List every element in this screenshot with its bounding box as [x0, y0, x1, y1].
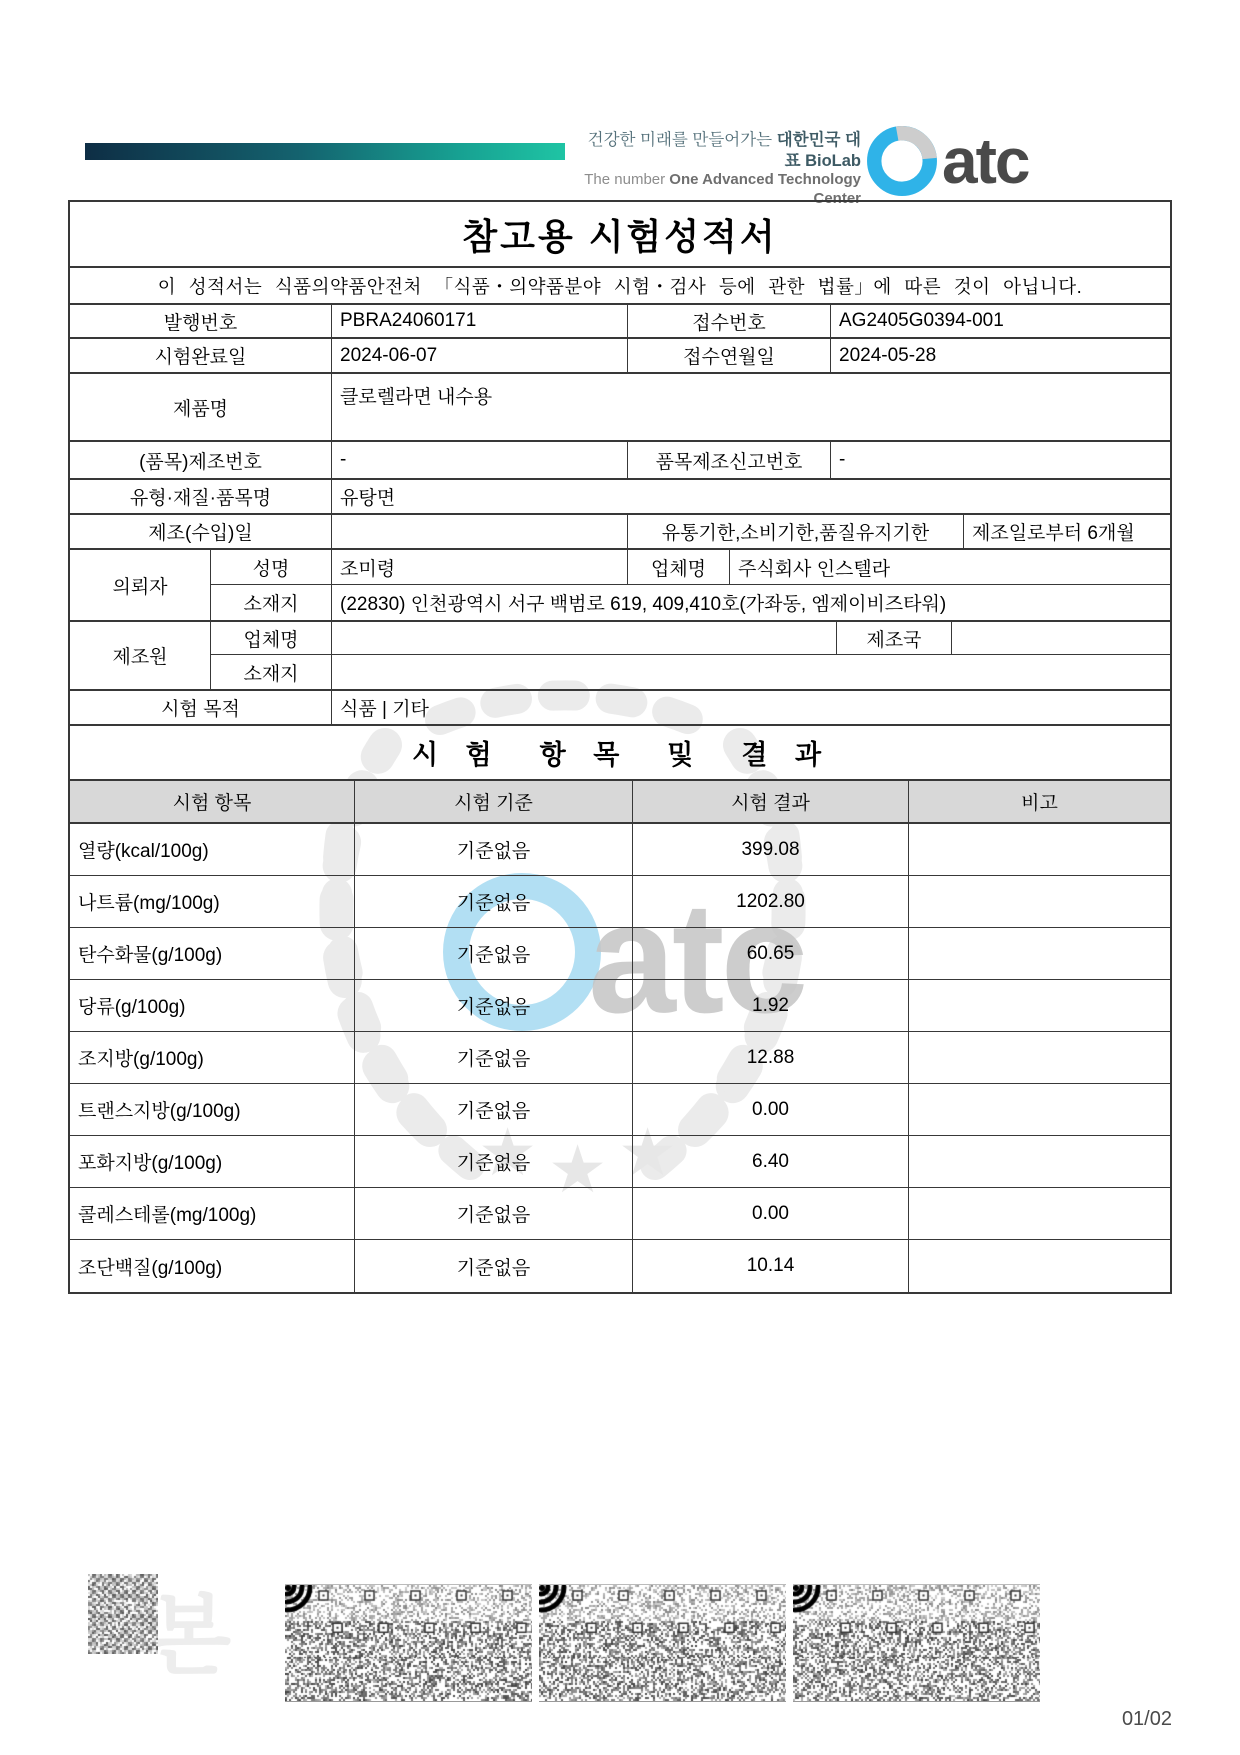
result-standard: 기준없음 — [355, 980, 633, 1031]
result-note — [909, 1240, 1170, 1292]
results-header-item: 시험 항목 — [70, 781, 355, 822]
mfg-date-value — [332, 515, 628, 548]
result-item: 트랜스지방(g/100g) — [70, 1084, 355, 1135]
result-note — [909, 1084, 1170, 1135]
notice-row: 이 성적서는 식품의약품안전처 「식품・의약품분야 시험・검사 등에 관한 법률… — [70, 268, 1170, 305]
maker-group-label: 제조원 — [70, 622, 211, 689]
maker-company-value — [332, 622, 837, 654]
client-name-value: 조미령 — [332, 550, 628, 584]
item-report-no-label: 품목제조신고번호 — [628, 442, 831, 478]
client-group-label: 의뢰자 — [70, 550, 211, 620]
result-item: 탄수화물(g/100g) — [70, 928, 355, 979]
result-standard: 기준없음 — [355, 928, 633, 979]
result-note — [909, 1136, 1170, 1187]
row-purpose: 시험 목적 식품 | 기타 — [70, 691, 1170, 726]
tagline-korean: 건강한 미래를 만들어가는 대한민국 대표 BioLab — [575, 130, 861, 171]
result-standard: 기준없음 — [355, 1136, 633, 1187]
result-note — [909, 1188, 1170, 1239]
result-value: 60.65 — [633, 928, 909, 979]
barcode-1 — [285, 1585, 532, 1701]
result-item: 열량(kcal/100g) — [70, 824, 355, 875]
result-item: 포화지방(g/100g) — [70, 1136, 355, 1187]
type-value: 유탕면 — [332, 480, 1170, 513]
table-row: 콜레스테롤(mg/100g) 기준없음 0.00 — [70, 1188, 1170, 1240]
result-note — [909, 980, 1170, 1031]
issue-no-label: 발행번호 — [70, 305, 332, 337]
maker-row-2: 소재지 — [211, 655, 1170, 689]
purpose-label: 시험 목적 — [70, 691, 332, 724]
expiry-value: 제조일로부터 6개월 — [964, 515, 1170, 548]
table-row: 조단백질(g/100g) 기준없음 10.14 — [70, 1240, 1170, 1292]
results-header-result: 시험 결과 — [633, 781, 909, 822]
result-standard: 기준없음 — [355, 1188, 633, 1239]
client-row-2: 소재지 (22830) 인천광역시 서구 백범로 619, 409,410호(가… — [211, 585, 1170, 620]
row-dates: 시험완료일 2024-06-07 접수연월일 2024-05-28 — [70, 339, 1170, 374]
row-mfg-date: 제조(수입)일 유통기한,소비기한,품질유지기한 제조일로부터 6개월 — [70, 515, 1170, 550]
complete-date-value: 2024-06-07 — [332, 339, 628, 372]
results-header-note: 비고 — [909, 781, 1170, 822]
maker-company-label: 업체명 — [211, 622, 332, 654]
receipt-date-label: 접수연월일 — [628, 339, 831, 372]
atc-logo-ring-icon — [866, 125, 938, 197]
result-value: 0.00 — [633, 1084, 909, 1135]
table-row: 트랜스지방(g/100g) 기준없음 0.00 — [70, 1084, 1170, 1136]
report-table: 참고용 시험성적서 이 성적서는 식품의약품안전처 「식품・의약품분야 시험・검… — [68, 200, 1172, 1294]
lot-label: (품목)제조번호 — [70, 442, 332, 478]
maker-row-1: 업체명 제조국 — [211, 622, 1170, 655]
result-standard: 기준없음 — [355, 1032, 633, 1083]
results-section-title: 시 험 항 목 및 결 과 — [412, 733, 828, 772]
client-row-1: 성명 조미령 업체명 주식회사 인스텔라 — [211, 550, 1170, 585]
stamp-pattern — [88, 1574, 158, 1654]
results-section-row: 시 험 항 목 및 결 과 — [70, 726, 1170, 781]
result-value: 10.14 — [633, 1240, 909, 1292]
product-value: 클로렐라면 내수용 — [332, 374, 1170, 440]
maker-country-value — [952, 622, 1170, 654]
item-report-no-value: - — [831, 442, 1170, 478]
result-value: 0.00 — [633, 1188, 909, 1239]
results-header-standard: 시험 기준 — [355, 781, 633, 822]
table-row: 탄수화물(g/100g) 기준없음 60.65 — [70, 928, 1170, 980]
result-item: 콜레스테롤(mg/100g) — [70, 1188, 355, 1239]
receipt-no-label: 접수번호 — [628, 305, 831, 337]
table-row: 나트륨(mg/100g) 기준없음 1202.80 — [70, 876, 1170, 928]
table-row: 포화지방(g/100g) 기준없음 6.40 — [70, 1136, 1170, 1188]
atc-logo-text: atc — [942, 129, 1029, 193]
results-header-row: 시험 항목 시험 기준 시험 결과 비고 — [70, 781, 1170, 824]
header-tagline: 건강한 미래를 만들어가는 대한민국 대표 BioLab The number … — [575, 130, 861, 209]
client-company-value: 주식회사 인스텔라 — [730, 550, 1170, 584]
atc-logo: atc — [866, 120, 1031, 202]
result-value: 1.92 — [633, 980, 909, 1031]
client-company-label: 업체명 — [628, 550, 730, 584]
row-issue: 발행번호 PBRA24060171 접수번호 AG2405G0394-001 — [70, 305, 1170, 339]
result-value: 1202.80 — [633, 876, 909, 927]
complete-date-label: 시험완료일 — [70, 339, 332, 372]
report-title-row: 참고용 시험성적서 — [70, 202, 1170, 268]
barcode-3 — [793, 1585, 1040, 1701]
header-gradient-bar — [85, 143, 565, 160]
client-group: 의뢰자 성명 조미령 업체명 주식회사 인스텔라 소재지 (22830) 인천광… — [70, 550, 1170, 622]
result-item: 조지방(g/100g) — [70, 1032, 355, 1083]
page-title: 참고용 시험성적서 — [462, 209, 777, 260]
issue-no-value: PBRA24060171 — [332, 305, 628, 337]
client-addr-value: (22830) 인천광역시 서구 백범로 619, 409,410호(가좌동, … — [332, 585, 1170, 620]
type-label: 유형·재질·품목명 — [70, 480, 332, 513]
result-item: 조단백질(g/100g) — [70, 1240, 355, 1292]
barcode-2 — [539, 1585, 786, 1701]
maker-addr-label: 소재지 — [211, 655, 332, 689]
lot-value: - — [332, 442, 628, 478]
maker-addr-value — [332, 655, 1170, 689]
expiry-label: 유통기한,소비기한,품질유지기한 — [628, 515, 964, 548]
result-standard: 기준없음 — [355, 1084, 633, 1135]
page-number: 01/02 — [972, 1708, 1172, 1731]
product-label: 제품명 — [70, 374, 332, 440]
table-row: 당류(g/100g) 기준없음 1.92 — [70, 980, 1170, 1032]
maker-country-label: 제조국 — [837, 622, 952, 654]
result-note — [909, 876, 1170, 927]
result-note — [909, 928, 1170, 979]
notice-text: 이 성적서는 식품의약품안전처 「식품・의약품분야 시험・검사 등에 관한 법률… — [158, 273, 1083, 299]
client-addr-label: 소재지 — [211, 585, 332, 620]
receipt-no-value: AG2405G0394-001 — [831, 305, 1170, 337]
result-standard: 기준없음 — [355, 1240, 633, 1292]
result-note — [909, 1032, 1170, 1083]
result-standard: 기준없음 — [355, 824, 633, 875]
result-item: 나트륨(mg/100g) — [70, 876, 355, 927]
receipt-date-value: 2024-05-28 — [831, 339, 1170, 372]
row-type: 유형·재질·품목명 유탕면 — [70, 480, 1170, 515]
original-stamp-text: 본 — [146, 1566, 231, 1692]
client-name-label: 성명 — [211, 550, 332, 584]
table-row: 조지방(g/100g) 기준없음 12.88 — [70, 1032, 1170, 1084]
result-note — [909, 824, 1170, 875]
result-value: 6.40 — [633, 1136, 909, 1187]
row-product: 제품명 클로렐라면 내수용 — [70, 374, 1170, 442]
table-row: 열량(kcal/100g) 기준없음 399.08 — [70, 824, 1170, 876]
purpose-value: 식품 | 기타 — [332, 691, 1170, 724]
result-item: 당류(g/100g) — [70, 980, 355, 1031]
result-standard: 기준없음 — [355, 876, 633, 927]
result-value: 12.88 — [633, 1032, 909, 1083]
row-lot: (품목)제조번호 - 품목제조신고번호 - — [70, 442, 1170, 480]
result-value: 399.08 — [633, 824, 909, 875]
mfg-date-label: 제조(수입)일 — [70, 515, 332, 548]
maker-group: 제조원 업체명 제조국 소재지 — [70, 622, 1170, 691]
report-page: atc ★★★ 건강한 미래를 만들어가는 대한민국 대표 BioLab The… — [0, 0, 1240, 1755]
